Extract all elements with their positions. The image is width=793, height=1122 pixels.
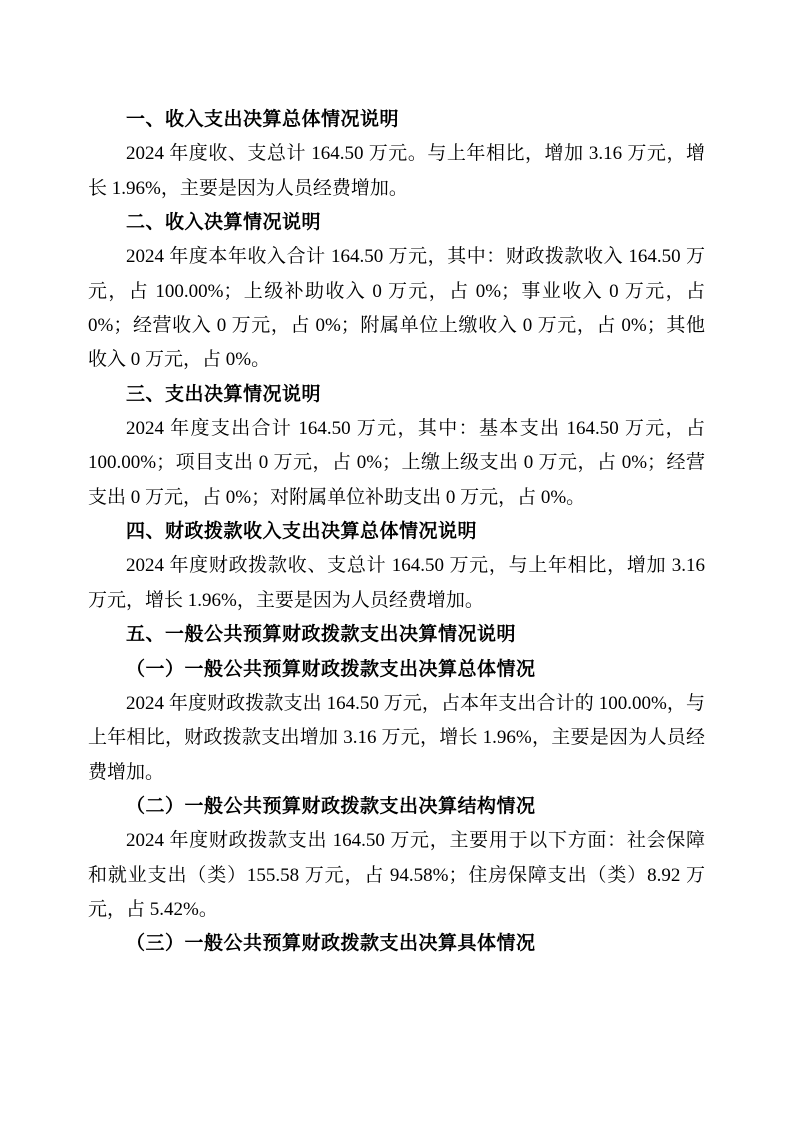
section-heading: 五、一般公共预算财政拨款支出决算情况说明 xyxy=(88,618,705,652)
section-heading: （三）一般公共预算财政拨款支出决算具体情况 xyxy=(88,927,705,961)
body-paragraph: 2024 年度财政拨款收、支总计 164.50 万元，与上年相比，增加 3.16… xyxy=(88,549,705,618)
document-page: 一、收入支出决算总体情况说明2024 年度收、支总计 164.50 万元。与上年… xyxy=(0,0,793,1122)
section-heading: 四、财政拨款收入支出决算总体情况说明 xyxy=(88,515,705,549)
body-paragraph: 2024 年度收、支总计 164.50 万元。与上年相比，增加 3.16 万元，… xyxy=(88,137,705,206)
body-paragraph: 2024 年度财政拨款支出 164.50 万元，占本年支出合计的 100.00%… xyxy=(88,687,705,790)
document-body: 一、收入支出决算总体情况说明2024 年度收、支总计 164.50 万元。与上年… xyxy=(88,103,705,962)
section-heading: 二、收入决算情况说明 xyxy=(88,206,705,240)
body-paragraph: 2024 年度支出合计 164.50 万元，其中：基本支出 164.50 万元，… xyxy=(88,412,705,515)
section-heading: （一）一般公共预算财政拨款支出决算总体情况 xyxy=(88,653,705,687)
body-paragraph: 2024 年度本年收入合计 164.50 万元，其中：财政拨款收入 164.50… xyxy=(88,240,705,377)
body-paragraph: 2024 年度财政拨款支出 164.50 万元，主要用于以下方面：社会保障和就业… xyxy=(88,824,705,927)
section-heading: （二）一般公共预算财政拨款支出决算结构情况 xyxy=(88,790,705,824)
section-heading: 三、支出决算情况说明 xyxy=(88,378,705,412)
section-heading: 一、收入支出决算总体情况说明 xyxy=(88,103,705,137)
